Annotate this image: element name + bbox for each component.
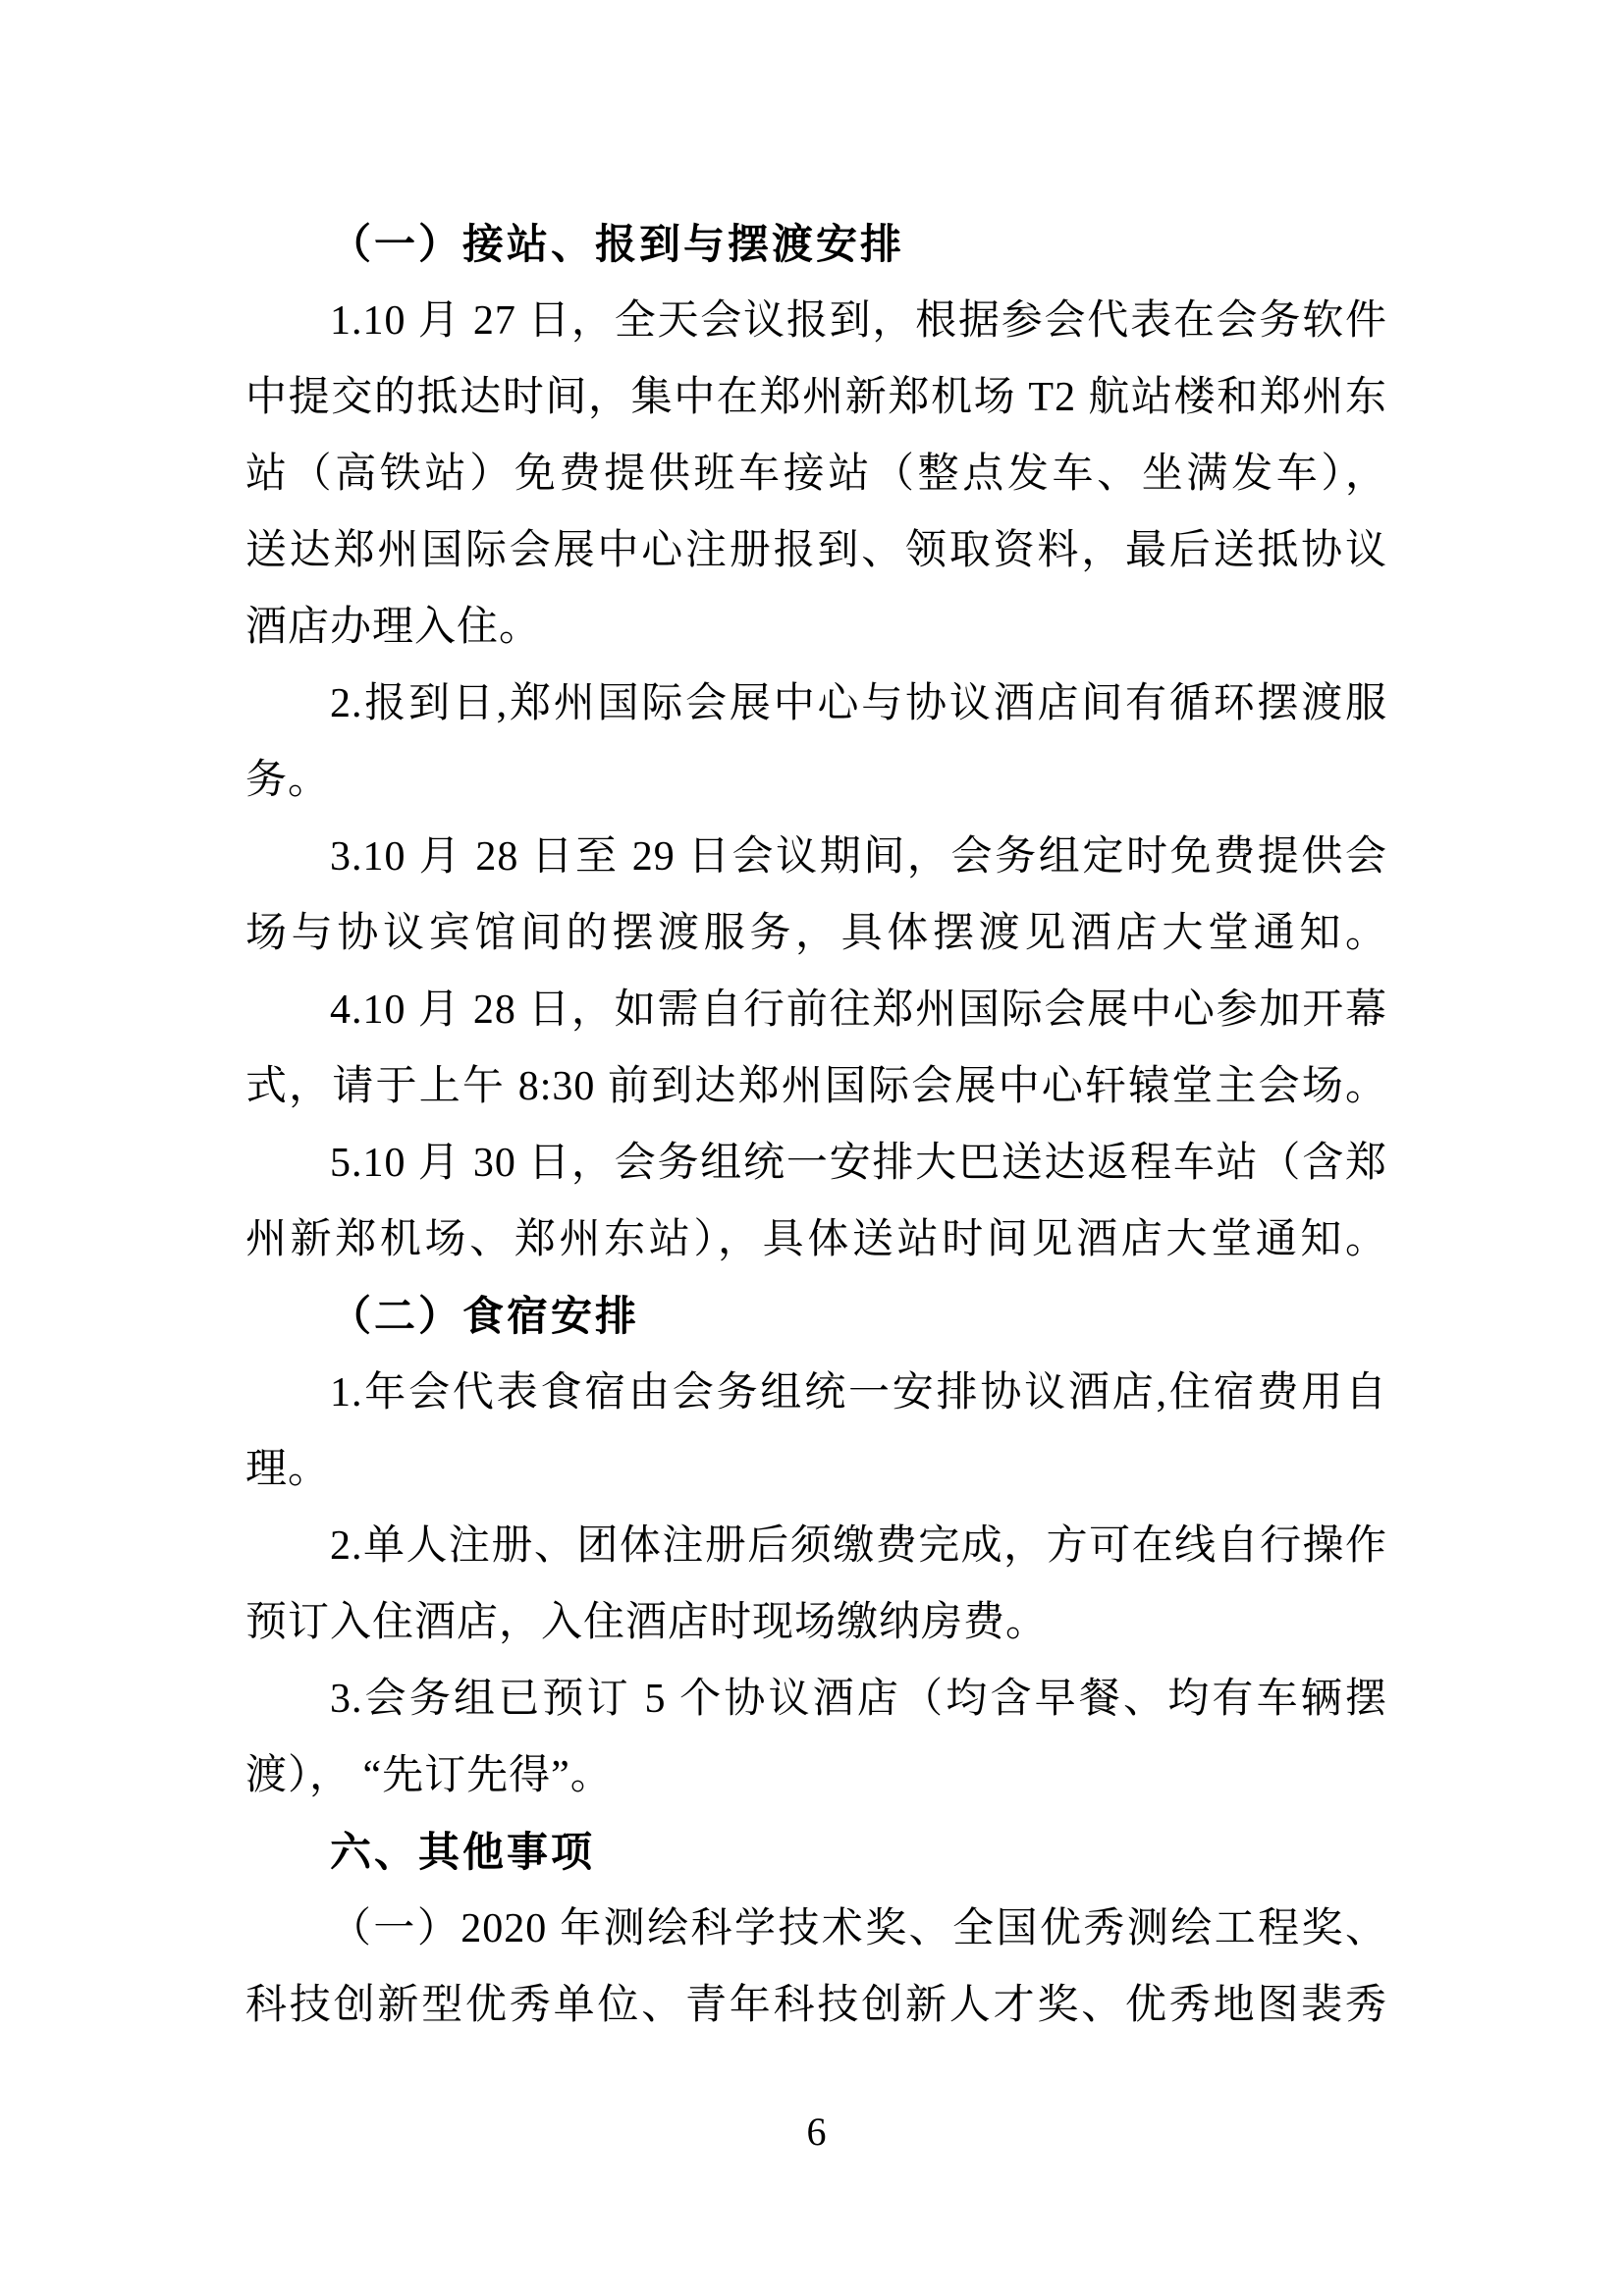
body-text-line: 场与协议宾馆间的摆渡服务，具体摆渡见酒店大堂通知。 (245, 895, 1387, 972)
body-text-line: 中提交的抵达时间，集中在郑州新郑机场 T2 航站楼和郑州东 (245, 359, 1387, 436)
body-text-line: 酒店办理入住。 (245, 589, 1387, 666)
body-text-line: 预订入住酒店，入住酒店时现场缴纳房费。 (245, 1584, 1387, 1661)
body-text-line: 理。 (245, 1431, 1387, 1508)
section-heading-pickup-registration-shuttle: （一）接站、报到与摆渡安排 (245, 206, 1387, 283)
body-text-line: 渡）， “先订先得”。 (245, 1737, 1387, 1814)
body-text-line: 4.10 月 28 日，如需自行前往郑州国际会展中心参加开幕 (245, 972, 1387, 1048)
body-text-line: （一）2020 年测绘科学技术奖、全国优秀测绘工程奖、 (245, 1891, 1387, 1967)
body-text-line: 3.10 月 28 日至 29 日会议期间，会务组定时免费提供会 (245, 819, 1387, 895)
body-text-line: 州新郑机场、郑州东站），具体送站时间见酒店大堂通知。 (245, 1201, 1387, 1278)
page-number: 6 (245, 2101, 1387, 2163)
body-text-line: 务。 (245, 742, 1387, 819)
body-text-line: 1.10 月 27 日，全天会议报到，根据参会代表在会务软件 (245, 283, 1387, 359)
document-page: （一）接站、报到与摆渡安排 1.10 月 27 日，全天会议报到，根据参会代表在… (0, 0, 1624, 2296)
body-text-line: 2.报到日,郑州国际会展中心与协议酒店间有循环摆渡服 (245, 666, 1387, 742)
body-text-line: 5.10 月 30 日，会务组统一安排大巴送达返程车站（含郑 (245, 1125, 1387, 1201)
body-text-line: 式，请于上午 8:30 前到达郑州国际会展中心轩辕堂主会场。 (245, 1048, 1387, 1125)
document-text-block: （一）接站、报到与摆渡安排 1.10 月 27 日，全天会议报到，根据参会代表在… (245, 206, 1387, 2044)
section-heading-other-matters: 六、其他事项 (245, 1814, 1387, 1891)
body-text-line: 3.会务组已预订 5 个协议酒店（均含早餐、均有车辆摆 (245, 1661, 1387, 1737)
body-text-line: 送达郑州国际会展中心注册报到、领取资料，最后送抵协议 (245, 512, 1387, 589)
section-heading-board-lodging: （二）食宿安排 (245, 1278, 1387, 1355)
body-text-line: 站（高铁站）免费提供班车接站（整点发车、坐满发车）， (245, 436, 1387, 512)
body-text-line: 科技创新型优秀单位、青年科技创新人才奖、优秀地图裴秀 (245, 1967, 1387, 2044)
body-text-line: 2.单人注册、团体注册后须缴费完成，方可在线自行操作 (245, 1508, 1387, 1584)
body-text-line: 1.年会代表食宿由会务组统一安排协议酒店,住宿费用自 (245, 1355, 1387, 1431)
